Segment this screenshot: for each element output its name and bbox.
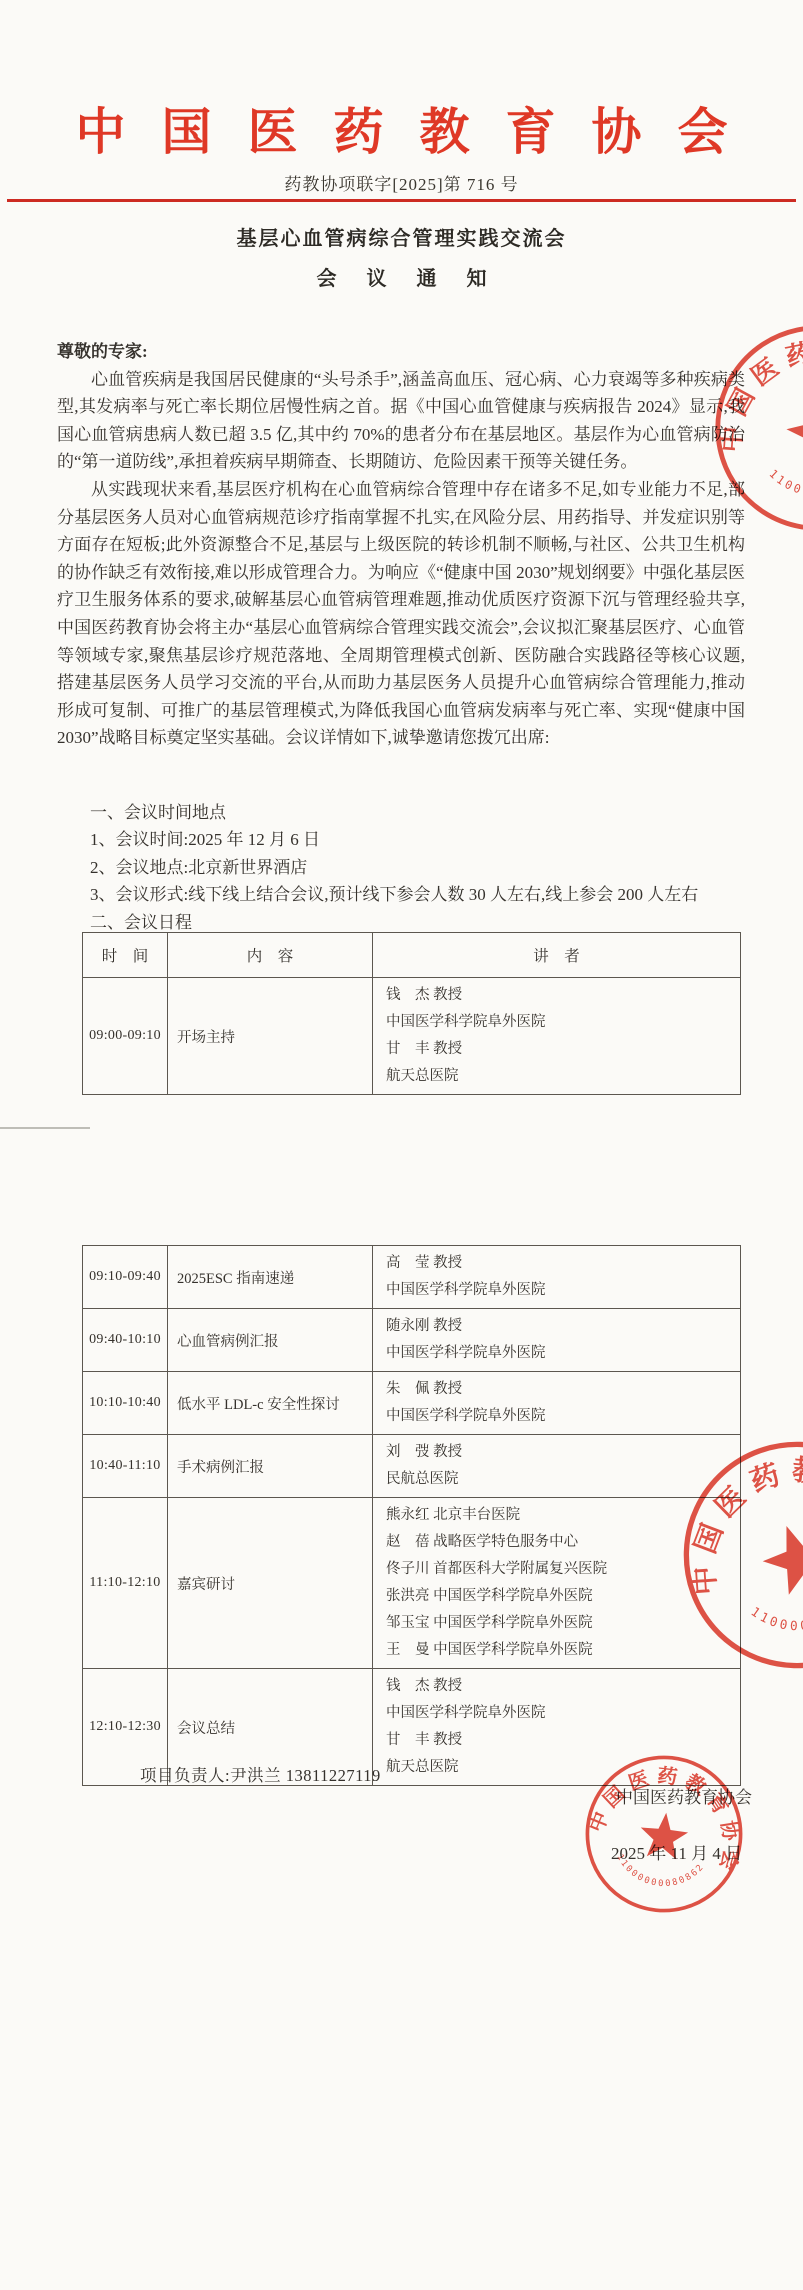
speaker-line: 钱 杰 教授 (386, 1673, 736, 1700)
table-row: 10:40-11:10 手术病例汇报 刘 弢 教授 民航总医院 (83, 1435, 741, 1498)
table-row: 09:40-10:10 心血管病例汇报 随永刚 教授 中国医学科学院阜外医院 (83, 1309, 741, 1372)
issue-date: 2025 年 11 月 4 日 (611, 1839, 742, 1864)
col-header-speaker: 讲 者 (373, 933, 741, 978)
svg-text:11000000080862: 11000000080862 (745, 1563, 803, 1653)
speaker-line: 中国医学科学院阜外医院 (386, 1340, 736, 1367)
speaker-line: 中国医学科学院阜外医院 (386, 1009, 736, 1036)
paragraph-2: 从实践现状来看,基层医疗机构在心血管病综合管理中存在诸多不足,如专业能力不足,部… (57, 476, 745, 752)
speaker-line: 中国医学科学院阜外医院 (386, 1277, 736, 1304)
schedule-table-page1: 时 间 内 容 讲 者 09:00-09:10 开场主持 钱 杰 教授 中国医学… (82, 932, 741, 1095)
cell-speakers: 钱 杰 教授 中国医学科学院阜外医院 甘 丰 教授 航天总医院 (373, 978, 741, 1095)
agenda-item-place: 2、会议地点:北京新世界酒店 (57, 854, 745, 881)
speaker-line: 民航总医院 (386, 1466, 736, 1493)
body-text: 尊敬的专家: 心血管疾病是我国居民健康的“头号杀手”,涵盖高血压、冠心病、心力衰… (57, 338, 745, 752)
cell-speakers: 钱 杰 教授 中国医学科学院阜外医院 甘 丰 教授 航天总医院 (373, 1669, 741, 1786)
schedule-table-page2: 09:10-09:40 2025ESC 指南速递 高 莹 教授 中国医学科学院阜… (82, 1245, 741, 1786)
notice-heading: 会议通知 (0, 262, 803, 291)
table-row: 09:10-09:40 2025ESC 指南速递 高 莹 教授 中国医学科学院阜… (83, 1246, 741, 1309)
speaker-line: 中国医学科学院阜外医院 (386, 1403, 736, 1430)
meeting-title: 基层心血管病综合管理实践交流会 (0, 222, 803, 251)
agenda-section: 一、会议时间地点 1、会议时间:2025 年 12 月 6 日 2、会议地点:北… (57, 799, 745, 936)
cell-speakers: 随永刚 教授 中国医学科学院阜外医院 (373, 1309, 741, 1372)
cell-time: 09:00-09:10 (83, 978, 168, 1095)
cell-topic: 手术病例汇报 (168, 1435, 373, 1498)
speaker-line: 朱 佩 教授 (386, 1376, 736, 1403)
cell-speakers: 朱 佩 教授 中国医学科学院阜外医院 (373, 1372, 741, 1435)
cell-speakers: 熊永红 北京丰台医院 赵 蓓 战略医学特色服务中心 佟子川 首都医科大学附属复兴… (373, 1498, 741, 1669)
table-header-row: 时 间 内 容 讲 者 (83, 933, 741, 978)
col-header-time: 时 间 (83, 933, 168, 978)
cell-topic: 嘉宾研讨 (168, 1498, 373, 1669)
speaker-line: 航天总医院 (386, 1063, 736, 1090)
cell-time: 09:10-09:40 (83, 1246, 168, 1309)
cell-speakers: 高 莹 教授 中国医学科学院阜外医院 (373, 1246, 741, 1309)
scanned-notice-page: 中国医药教育协会 药教协项联字[2025]第 716 号 基层心血管病综合管理实… (0, 0, 803, 2290)
cell-topic: 开场主持 (168, 978, 373, 1095)
cell-time: 11:10-12:10 (83, 1498, 168, 1669)
speaker-line: 佟子川 首都医科大学附属复兴医院 (386, 1556, 736, 1583)
speaker-line: 张洪亮 中国医学科学院阜外医院 (386, 1583, 736, 1610)
speaker-line: 刘 弢 教授 (386, 1439, 736, 1466)
cell-time: 10:40-11:10 (83, 1435, 168, 1498)
speaker-line: 中国医学科学院阜外医院 (386, 1700, 736, 1727)
cell-time: 09:40-10:10 (83, 1309, 168, 1372)
speaker-line: 随永刚 教授 (386, 1313, 736, 1340)
scan-artifact-line (0, 1127, 90, 1129)
seal-code-text: 11000000080862 (765, 444, 803, 510)
svg-text:11000000080862: 11000000080862 (765, 444, 803, 510)
section-1-heading: 一、会议时间地点 (57, 799, 745, 826)
cell-topic: 低水平 LDL-c 安全性探讨 (168, 1372, 373, 1435)
table-row: 09:00-09:10 开场主持 钱 杰 教授 中国医学科学院阜外医院 甘 丰 … (83, 978, 741, 1095)
speaker-line: 王 曼 中国医学科学院阜外医院 (386, 1637, 736, 1664)
org-title: 中国医药教育协会 (0, 92, 803, 164)
speaker-line: 熊永红 北京丰台医院 (386, 1502, 736, 1529)
speaker-line: 航天总医院 (386, 1754, 736, 1781)
cell-topic: 心血管病例汇报 (168, 1309, 373, 1372)
red-divider-line (7, 199, 796, 202)
agenda-item-time: 1、会议时间:2025 年 12 月 6 日 (57, 826, 745, 853)
speaker-line: 赵 蓓 战略医学特色服务中心 (386, 1529, 736, 1556)
seal-code-text: 11000000080862 (745, 1563, 803, 1653)
speaker-line: 甘 丰 教授 (386, 1727, 736, 1754)
speaker-line: 高 莹 教授 (386, 1250, 736, 1277)
issuing-org-name: 中国医药教育协会 (616, 1783, 752, 1808)
cell-topic: 2025ESC 指南速递 (168, 1246, 373, 1309)
document-number: 药教协项联字[2025]第 716 号 (0, 170, 803, 195)
speaker-line: 甘 丰 教授 (386, 1036, 736, 1063)
project-contact: 项目负责人:尹洪兰 13811227119 (140, 1762, 381, 1786)
table-row: 10:10-10:40 低水平 LDL-c 安全性探讨 朱 佩 教授 中国医学科… (83, 1372, 741, 1435)
speaker-line: 邹玉宝 中国医学科学院阜外医院 (386, 1610, 736, 1637)
table-row: 11:10-12:10 嘉宾研讨 熊永红 北京丰台医院 赵 蓓 战略医学特色服务… (83, 1498, 741, 1669)
salutation: 尊敬的专家: (57, 338, 745, 366)
col-header-content: 内 容 (168, 933, 373, 978)
speaker-line: 钱 杰 教授 (386, 982, 736, 1009)
agenda-item-format: 3、会议形式:线下线上结合会议,预计线下参会人数 30 人左右,线上参会 200… (57, 881, 745, 908)
paragraph-1: 心血管疾病是我国居民健康的“头号杀手”,涵盖高血压、冠心病、心力衰竭等多种疾病类… (57, 366, 745, 476)
cell-time: 10:10-10:40 (83, 1372, 168, 1435)
cell-speakers: 刘 弢 教授 民航总医院 (373, 1435, 741, 1498)
